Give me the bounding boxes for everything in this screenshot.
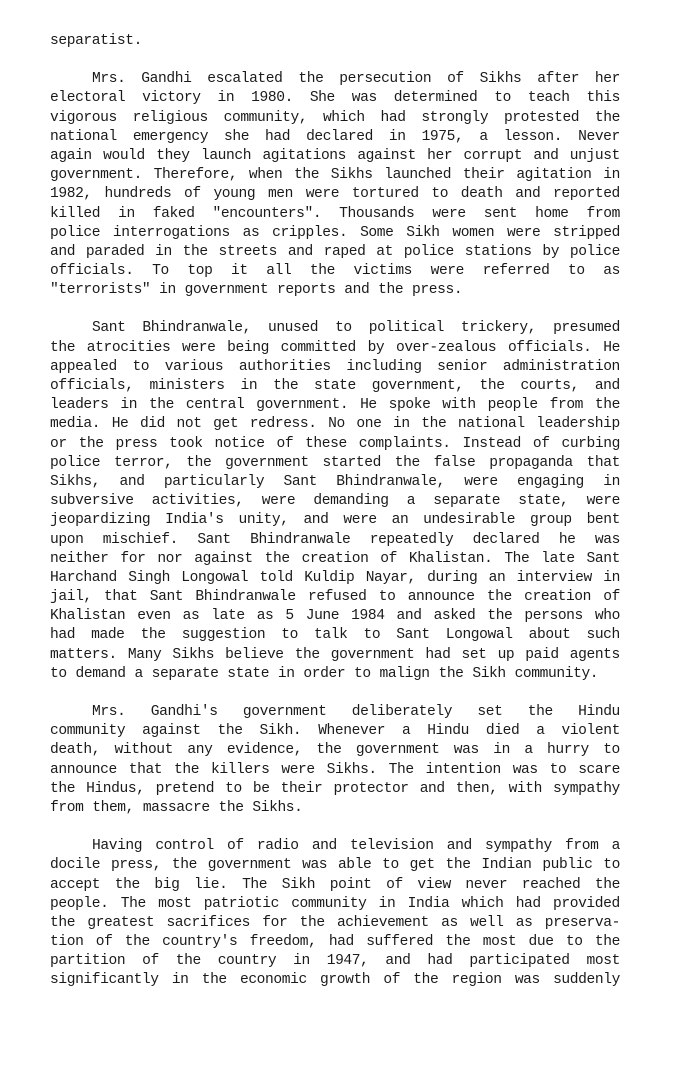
text-line: communityagainsttheSikh.WheneveraHindudi… xyxy=(50,722,620,741)
text-line: officials,ministersinthestategovernment,… xyxy=(50,377,620,396)
text-line: jail,thatSantBhindranwalerefusedtoannoun… xyxy=(50,588,620,607)
text-line: Havingcontrolofradioandtelevisionandsymp… xyxy=(50,837,620,856)
text-line: hadmadethesuggestiontotalktoSantLongowal… xyxy=(50,626,620,645)
text-line: media.Hedidnotgetredress.Nooneinthenatio… xyxy=(50,415,620,434)
text-line: uponmischief.SantBhindranwalerepeatedlyd… xyxy=(50,531,620,550)
text-line: todemandaseparatestateinordertomalignthe… xyxy=(50,665,620,684)
text-line: 1982,hundredsofyoungmenweretorturedtodea… xyxy=(50,185,620,204)
text-line: Sikhs,andparticularlySantBhindranwale,we… xyxy=(50,473,620,492)
text-line: announcethatthekillerswereSikhs.Theinten… xyxy=(50,761,620,780)
text-line: appealedtovariousauthoritiesincludingsen… xyxy=(50,358,620,377)
text-line: policeinterrogationsascripples.SomeSikhw… xyxy=(50,224,620,243)
text-line: killedinfaked"encounters".Thousandsweres… xyxy=(50,205,620,224)
text-line: HarchandSinghLongowaltoldKuldipNayar,dur… xyxy=(50,569,620,588)
text-line: partitionofthecountryin1947,andhadpartic… xyxy=(50,952,620,971)
text-line: jeopardizingIndia'sunity,andwereanundesi… xyxy=(50,511,620,530)
text-line: vigorousreligiouscommunity,whichhadstron… xyxy=(50,109,620,128)
text-line: SantBhindranwale,unusedtopoliticaltricke… xyxy=(50,319,620,338)
text-line: policeterror,thegovernmentstartedthefals… xyxy=(50,454,620,473)
text-line: subversiveactivities,weredemandingasepar… xyxy=(50,492,620,511)
text-line: Mrs.Gandhi'sgovernmentdeliberatelysetthe… xyxy=(50,703,620,722)
paragraph: Mrs.GandhiescalatedthepersecutionofSikhs… xyxy=(50,70,620,300)
text-line: theHindus,pretendtobetheirprotectorandth… xyxy=(50,780,620,799)
text-line: theatrocitieswerebeingcommittedbyover-ze… xyxy=(50,339,620,358)
text-line: Khalistanevenaslateas5June1984andaskedth… xyxy=(50,607,620,626)
text-line: tionofthecountry'sfreedom,hadsufferedthe… xyxy=(50,933,620,952)
text-line: fromthem,massacretheSikhs. xyxy=(50,799,620,818)
text-line: electoralvictoryin1980.Shewasdeterminedt… xyxy=(50,89,620,108)
paragraph: separatist. xyxy=(50,32,620,51)
text-line: thegreatestsacrificesfortheachievementas… xyxy=(50,914,620,933)
paragraph: Havingcontrolofradioandtelevisionandsymp… xyxy=(50,837,620,991)
paragraph: Mrs.Gandhi'sgovernmentdeliberatelysetthe… xyxy=(50,703,620,818)
text-line: significantlyintheeconomicgrowthofthereg… xyxy=(50,971,620,990)
text-line: government.Therefore,whentheSikhslaunche… xyxy=(50,166,620,185)
text-line: nationalemergencyshehaddeclaredin1975,al… xyxy=(50,128,620,147)
text-line: matters.ManySikhsbelievethegovernmenthad… xyxy=(50,646,620,665)
text-line: docilepress,thegovernmentwasabletogetthe… xyxy=(50,856,620,875)
text-line: "terrorists"ingovernmentreportsandthepre… xyxy=(50,281,620,300)
text-line: leadersinthecentralgovernment.Hespokewit… xyxy=(50,396,620,415)
text-line: againwouldtheylaunchagitationsagainsther… xyxy=(50,147,620,166)
text-line: acceptthebiglie.TheSikhpointofviewneverr… xyxy=(50,876,620,895)
paragraph: SantBhindranwale,unusedtopoliticaltricke… xyxy=(50,319,620,684)
document-page: separatist.Mrs.Gandhiescalatedthepersecu… xyxy=(50,32,620,1010)
text-line: death,withoutanyevidence,thegovernmentwa… xyxy=(50,741,620,760)
text-line: andparadedinthestreetsandrapedatpolicest… xyxy=(50,243,620,262)
text-line: neitherfornoragainstthecreationofKhalist… xyxy=(50,550,620,569)
text-line: officials.Totopitallthevictimswerereferr… xyxy=(50,262,620,281)
text-line: separatist. xyxy=(50,32,620,51)
text-line: people.ThemostpatrioticcommunityinIndiaw… xyxy=(50,895,620,914)
text-line: Mrs.GandhiescalatedthepersecutionofSikhs… xyxy=(50,70,620,89)
text-line: orthepresstooknoticeofthesecomplaints.In… xyxy=(50,435,620,454)
